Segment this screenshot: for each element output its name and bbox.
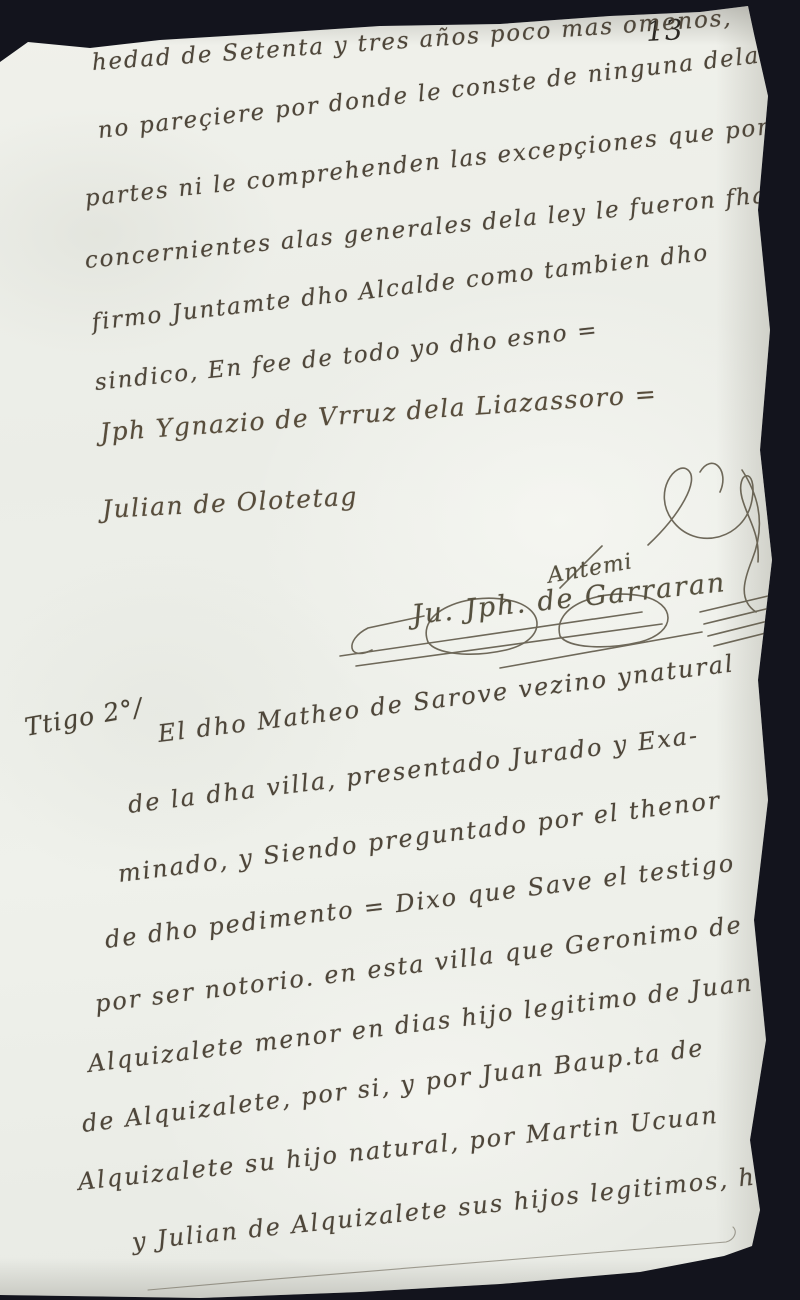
text-line: sindico, En fee de todo yo dho esno = (94, 319, 600, 395)
bottom-edge-shadow (0, 1240, 800, 1300)
witness-margin-label: Ttigo 2°/ (23, 694, 145, 739)
signature-second: Julian de Olotetag (101, 484, 358, 522)
manuscript-page: 13 hedad de Setenta y tres años poco mas… (0, 0, 800, 1300)
manuscript-scan: 13 hedad de Setenta y tres años poco mas… (0, 0, 800, 1300)
signature-first: Jph Ygnazio de Vrruz dela Liazassoro = (99, 381, 658, 445)
